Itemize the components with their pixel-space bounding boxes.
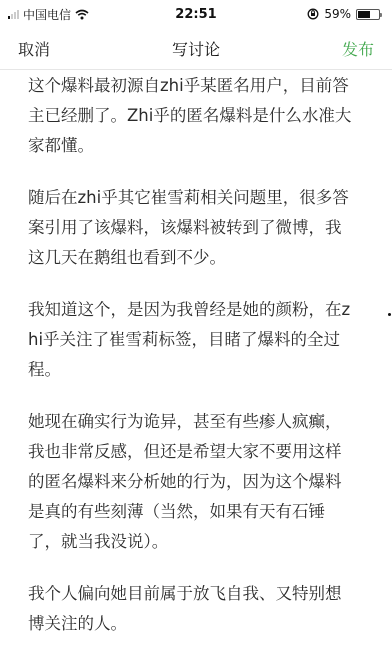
cancel-button[interactable]: 取消 <box>18 37 50 60</box>
status-bar: 中国电信 22:51 59% <box>0 0 392 28</box>
status-left: 中国电信 <box>8 6 89 23</box>
paragraph[interactable]: 这个爆料最初源自zhi乎某匿名用户，目前答主已经删了。Zhi乎的匿名爆料是什么水… <box>28 71 352 161</box>
battery-icon <box>356 9 380 20</box>
paragraph[interactable]: 我知道这个，是因为我曾经是她的颜粉，在zhi乎关注了崔雪莉标签，目睹了爆料的全过… <box>28 295 352 385</box>
wifi-icon <box>75 9 89 20</box>
publish-button[interactable]: 发布 <box>342 37 374 60</box>
nav-bar: 取消 写讨论 发布 <box>0 28 392 70</box>
paragraph[interactable]: 随后在zhi乎其它崔雪莉相关问题里，很多答案引用了该爆料，该爆料被转到了微博，我… <box>28 183 352 273</box>
status-right: 59% <box>307 7 380 21</box>
discussion-editor[interactable]: 这个爆料最初源自zhi乎某匿名用户，目前答主已经删了。Zhi乎的匿名爆料是什么水… <box>28 71 352 641</box>
signal-icon <box>8 10 19 19</box>
battery-percent: 59% <box>324 7 351 21</box>
paragraph[interactable]: 她现在确实行为诡异，甚至有些瘆人疯癫，我也非常反感，但还是希望大家不要用这样的匿… <box>28 407 352 557</box>
orientation-lock-icon <box>307 8 319 20</box>
scroll-indicator-dot <box>388 313 391 316</box>
page-title: 写讨论 <box>0 37 392 60</box>
carrier-label: 中国电信 <box>23 6 71 23</box>
paragraph[interactable]: 我个人偏向她目前属于放飞自我、又特别想博关注的人。 <box>28 579 352 639</box>
